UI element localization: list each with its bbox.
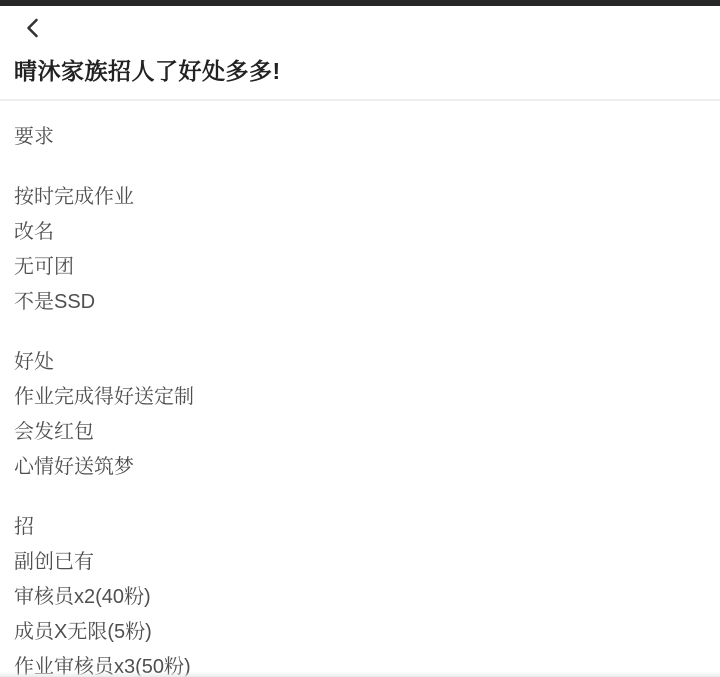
post-body-line: 副创已有 bbox=[14, 545, 700, 580]
post-body-line: 招 bbox=[14, 510, 700, 545]
post-body-line: 要求 bbox=[14, 120, 700, 155]
back-button[interactable] bbox=[18, 13, 48, 43]
nav-bar bbox=[0, 6, 720, 44]
post-paragraph: 好处作业完成得好送定制会发红包心情好送筑梦 bbox=[14, 345, 700, 485]
post-body-line: 成员X无限(5粉) bbox=[14, 615, 700, 650]
post-body: 要求按时完成作业改名无可团不是SSD好处作业完成得好送定制会发红包心情好送筑梦招… bbox=[0, 101, 720, 677]
post-paragraph: 要求 bbox=[14, 120, 700, 155]
post-paragraph: 招副创已有审核员x2(40粉)成员X无限(5粉)作业审核员x3(50粉) bbox=[14, 510, 700, 677]
post-body-line: 审核员x2(40粉) bbox=[14, 580, 700, 615]
post-body-line: 无可团 bbox=[14, 250, 700, 285]
post-body-line: 作业完成得好送定制 bbox=[14, 380, 700, 415]
post-paragraph: 按时完成作业改名无可团不是SSD bbox=[14, 180, 700, 320]
post-body-line: 会发红包 bbox=[14, 415, 700, 450]
screenshot-bottom-edge bbox=[0, 672, 720, 677]
post-body-line: 改名 bbox=[14, 215, 700, 250]
post-body-line: 不是SSD bbox=[14, 285, 700, 320]
post-title: 晴沐家族招人了好处多多! bbox=[14, 56, 704, 86]
post-body-line: 心情好送筑梦 bbox=[14, 450, 700, 485]
chevron-left-icon bbox=[20, 15, 46, 41]
post-body-line: 好处 bbox=[14, 345, 700, 380]
post-body-line: 按时完成作业 bbox=[14, 180, 700, 215]
